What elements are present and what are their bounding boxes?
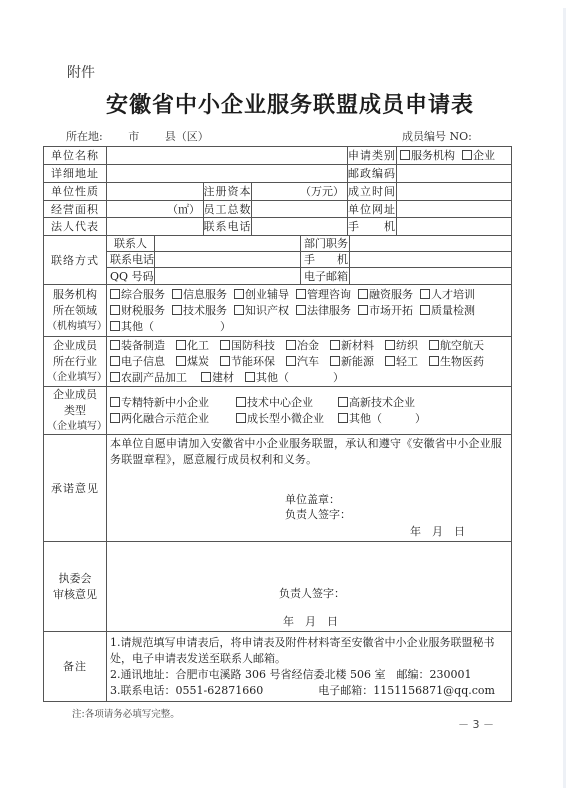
- page-title: 安徽省中小企业服务联盟成员申请表: [0, 88, 580, 119]
- checkbox-icon: [110, 356, 120, 366]
- contact-phone2-field[interactable]: [154, 251, 301, 268]
- service-option-other[interactable]: 其他（ ）: [110, 319, 231, 335]
- area-field[interactable]: （㎡）: [106, 200, 204, 218]
- industry-options-row-1: 装备制造 化工 国防科技 冶金 新材料 纺织 航空航天: [110, 338, 491, 354]
- enterprise-type-option[interactable]: 两化融合示范企业: [110, 411, 229, 427]
- service-option[interactable]: 财税服务: [110, 303, 165, 319]
- established-label: 成立时间: [347, 182, 397, 201]
- industry-option[interactable]: 国防科技: [220, 338, 275, 354]
- checkbox-icon: [330, 340, 340, 350]
- service-option[interactable]: 人才培训: [420, 287, 475, 303]
- checkbox-icon: [420, 305, 430, 315]
- industry-option[interactable]: 化工: [176, 338, 209, 354]
- member-no-label: 成员编号 NO:: [402, 128, 472, 144]
- service-option[interactable]: 管理咨询: [296, 287, 351, 303]
- checkbox-icon: [296, 305, 306, 315]
- checkbox-icon: [234, 305, 244, 315]
- county-label: 县（区）: [165, 130, 209, 143]
- checkbox-icon: [172, 305, 182, 315]
- checkbox-icon: [110, 397, 120, 407]
- checkbox-icon: [176, 356, 186, 366]
- service-option[interactable]: 融资服务: [358, 287, 413, 303]
- address-label: 详细地址: [43, 164, 107, 183]
- website-field[interactable]: [396, 200, 512, 218]
- service-options-row-3: 其他（ ）: [110, 319, 238, 335]
- apply-category-options: 服务机构 企业: [396, 146, 512, 165]
- industry-option[interactable]: 生物医药: [429, 354, 484, 370]
- checkbox-icon: [172, 289, 182, 299]
- enterprise-type-row-1: 专精特新中小企业 技术中心企业 高新技术企业: [110, 395, 422, 411]
- checkbox-icon: [429, 340, 439, 350]
- review-signature-label: 负责人签字：: [279, 586, 345, 602]
- contact-person-label: 联系人: [106, 235, 155, 252]
- unit-name-field[interactable]: [106, 146, 348, 165]
- review-area: 负责人签字： 年 月 日: [106, 541, 512, 632]
- service-options-row-2: 财税服务 技术服务 知识产权 法律服务 市场开拓 质量检测: [110, 303, 482, 319]
- checkbox-icon: [176, 340, 186, 350]
- remark-line-1: 1.请规范填写申请表后，将申请表及附件材料寄至安徽省中小企业服务联盟秘书处，电子…: [110, 635, 508, 667]
- commitment-signature-label: 负责人签字：: [285, 507, 351, 523]
- employees-field[interactable]: [251, 200, 348, 218]
- industry-label: 企业成员 所在行业 （企业填写）: [43, 336, 107, 387]
- unit-nature-field[interactable]: [106, 182, 204, 201]
- mobile-label: 手 机: [347, 217, 397, 236]
- checkbox-icon: [462, 150, 472, 160]
- legal-rep-field[interactable]: [106, 217, 204, 236]
- checkbox-icon: [236, 413, 246, 423]
- established-field[interactable]: [396, 182, 512, 201]
- checkbox-icon: [110, 340, 120, 350]
- review-date: 年 月 日: [283, 614, 338, 630]
- checkbox-icon: [236, 397, 246, 407]
- remarks-label: 备注: [43, 631, 107, 702]
- service-option[interactable]: 市场开拓: [358, 303, 413, 319]
- industry-option[interactable]: 航空航天: [429, 338, 484, 354]
- city-label: 市: [128, 130, 139, 143]
- industry-option[interactable]: 新材料: [330, 338, 374, 354]
- contact-section-label: 联络方式: [43, 235, 107, 285]
- contact-mobile-label: 手 机: [300, 251, 350, 268]
- location-label: 所在地:: [66, 130, 103, 143]
- checkbox-icon: [245, 372, 255, 382]
- industry-option[interactable]: 煤炭: [176, 354, 209, 370]
- qq-label: QQ 号码: [106, 267, 155, 285]
- commitment-area: 本单位自愿申请加入安徽省中小企业服务联盟，承认和遵守《安徽省中小企业服务联盟章程…: [106, 434, 512, 542]
- unit-nature-label: 单位性质: [43, 182, 107, 201]
- website-label: 单位网址: [347, 200, 397, 218]
- checkbox-icon: [358, 289, 368, 299]
- checkbox-icon: [286, 356, 296, 366]
- enterprise-type-row-2: 两化融合示范企业 成长型小微企业 其他（ ）: [110, 411, 433, 427]
- industry-option[interactable]: 装备制造: [110, 338, 165, 354]
- service-option[interactable]: 知识产权: [234, 303, 289, 319]
- attachment-label: 附件: [67, 62, 95, 82]
- checkbox-icon: [420, 289, 430, 299]
- department-field[interactable]: [349, 235, 512, 252]
- industry-option[interactable]: 纺织: [385, 338, 418, 354]
- legal-rep-label: 法人代表: [43, 217, 107, 236]
- service-option[interactable]: 创业辅导: [234, 287, 289, 303]
- contact-phone-label: 联系电话: [203, 217, 252, 236]
- mobile-field[interactable]: [396, 217, 512, 236]
- contact-mobile-field[interactable]: [349, 251, 512, 268]
- service-option[interactable]: 技术服务: [172, 303, 227, 319]
- industry-option[interactable]: 新能源: [330, 354, 374, 370]
- industry-options-row-2: 电子信息 煤炭 节能环保 汽车 新能源 轻工 生物医药: [110, 354, 491, 370]
- registered-capital-label: 注册资本: [203, 182, 252, 201]
- service-options-row-1: 综合服务 信息服务 创业辅导 管理咨询 融资服务 人才培训: [110, 287, 482, 303]
- checkbox-icon: [234, 289, 244, 299]
- checkbox-icon: [338, 397, 348, 407]
- area-label: 经营面积: [43, 200, 107, 218]
- remark-line-2: 2.通讯地址：合肥市屯溪路 306 号省经信委北楼 506 室 邮编：23000…: [110, 667, 508, 683]
- department-label: 部门职务: [300, 235, 350, 252]
- postal-code-label: 邮政编码: [347, 164, 397, 183]
- postal-code-field[interactable]: [396, 164, 512, 183]
- checkbox-icon: [110, 321, 120, 331]
- checkbox-icon: [110, 289, 120, 299]
- industry-option[interactable]: 农副产品加工: [110, 370, 187, 386]
- checkbox-icon: [385, 340, 395, 350]
- checkbox-icon: [296, 289, 306, 299]
- category-option-enterprise[interactable]: 企业: [462, 148, 495, 163]
- commitment-label: 承诺意见: [43, 434, 107, 542]
- enterprise-type-option[interactable]: 高新技术企业: [338, 395, 415, 411]
- apply-category-label: 申请类别: [347, 146, 397, 165]
- industry-option[interactable]: 轻工: [385, 354, 418, 370]
- checkbox-icon: [286, 340, 296, 350]
- remark-line-3: 3.联系电话：0551-62871660 电子邮箱：1151156871@qq.…: [110, 683, 508, 699]
- email-field[interactable]: [349, 267, 512, 285]
- checkbox-icon: [358, 305, 368, 315]
- capital-unit: （万元）: [300, 184, 344, 199]
- checkbox-icon: [110, 413, 120, 423]
- service-field-label: 服务机构 所在领域 （机构填写）: [43, 284, 107, 337]
- contact-phone-field[interactable]: [251, 217, 348, 236]
- remarks-content: 1.请规范填写申请表后，将申请表及附件材料寄至安徽省中小企业服务联盟秘书处，电子…: [106, 631, 512, 702]
- checkbox-icon: [220, 356, 230, 366]
- service-option[interactable]: 信息服务: [172, 287, 227, 303]
- footer-note: 注:各项请务必填写完整。: [72, 706, 180, 720]
- commitment-date: 年 月 日: [410, 524, 465, 540]
- qq-field[interactable]: [154, 267, 301, 285]
- checkbox-icon: [110, 372, 120, 382]
- application-form-table: 单位名称 申请类别 服务机构 企业 详细地址 邮政编码 单位性质 注册资本 （万…: [43, 146, 512, 702]
- enterprise-type-option[interactable]: 专精特新中小企业: [110, 395, 229, 411]
- checkbox-icon: [429, 356, 439, 366]
- enterprise-type-options: 专精特新中小企业 技术中心企业 高新技术企业 两化融合示范企业 成长型小微企业 …: [106, 386, 512, 435]
- enterprise-type-label: 企业成员 类型 （企业填写）: [43, 386, 107, 435]
- location-line: 所在地: 市 县（区）: [66, 128, 231, 144]
- area-unit: （㎡）: [167, 202, 200, 217]
- email-label: 电子邮箱: [300, 267, 350, 285]
- enterprise-type-option-other[interactable]: 其他（ ）: [338, 411, 426, 427]
- industry-option[interactable]: 电子信息: [110, 354, 165, 370]
- industry-options-row-3: 农副产品加工 建材 其他（ ）: [110, 370, 351, 386]
- contact-person-field[interactable]: [154, 235, 301, 252]
- review-label: 执委会 审核意见: [43, 541, 107, 632]
- industry-option[interactable]: 冶金: [286, 338, 319, 354]
- service-option[interactable]: 综合服务: [110, 287, 165, 303]
- category-option-service[interactable]: 服务机构: [400, 148, 455, 163]
- employees-label: 员工总数: [203, 200, 252, 218]
- enterprise-type-option[interactable]: 成长型小微企业: [236, 411, 331, 427]
- checkbox-icon: [385, 356, 395, 366]
- contact-phone2-label: 联系电话: [106, 251, 155, 268]
- service-option[interactable]: 法律服务: [296, 303, 351, 319]
- registered-capital-field[interactable]: （万元）: [251, 182, 348, 201]
- checkbox-icon: [400, 150, 410, 160]
- checkbox-icon: [338, 413, 348, 423]
- enterprise-type-option[interactable]: 技术中心企业: [236, 395, 331, 411]
- checkbox-icon: [220, 340, 230, 350]
- seal-label: 单位盖章：: [285, 492, 340, 508]
- unit-name-label: 单位名称: [43, 146, 107, 165]
- page-number: － 3 －: [458, 716, 494, 732]
- commitment-text: 本单位自愿申请加入安徽省中小企业服务联盟，承认和遵守《安徽省中小企业服务联盟章程…: [110, 436, 508, 468]
- industry-options: 装备制造 化工 国防科技 冶金 新材料 纺织 航空航天 电子信息 煤炭 节能环保…: [106, 336, 512, 387]
- industry-option-other[interactable]: 其他（ ）: [245, 370, 344, 386]
- address-field[interactable]: [106, 164, 348, 183]
- page-edge: [563, 8, 566, 788]
- service-option[interactable]: 质量检测: [420, 303, 475, 319]
- checkbox-icon: [330, 356, 340, 366]
- checkbox-icon: [110, 305, 120, 315]
- industry-option[interactable]: 建材: [201, 370, 234, 386]
- industry-option[interactable]: 节能环保: [220, 354, 275, 370]
- industry-option[interactable]: 汽车: [286, 354, 319, 370]
- service-field-options: 综合服务 信息服务 创业辅导 管理咨询 融资服务 人才培训 财税服务 技术服务 …: [106, 284, 512, 337]
- checkbox-icon: [201, 372, 211, 382]
